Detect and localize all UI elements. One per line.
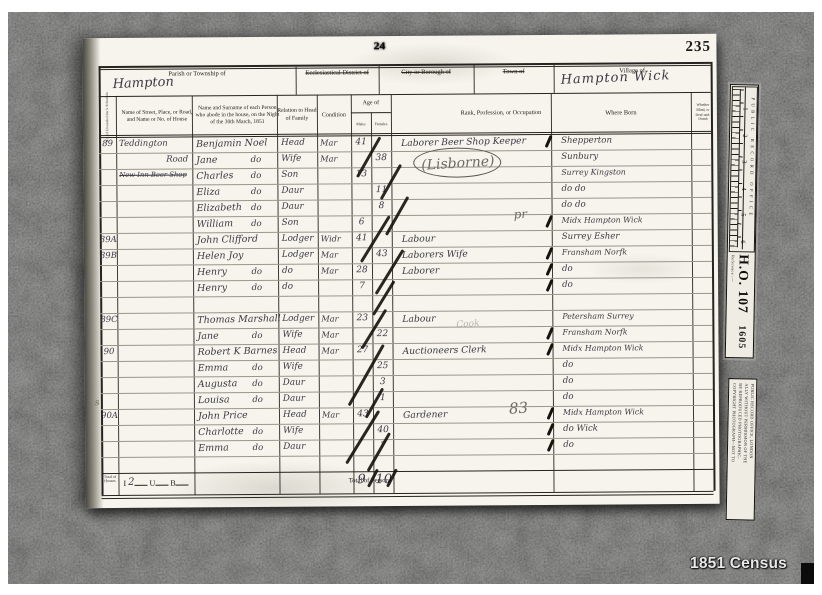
cell-schedule (101, 377, 118, 393)
cell-name: Williamdo (193, 216, 278, 233)
prn-ruler: 123456 PUBLIC RECORD OFFICE Reference :—… (725, 84, 759, 359)
ditto-mark: do (251, 219, 262, 229)
cell-condition: Mar (319, 343, 353, 359)
cell-name: Janedo (192, 152, 277, 169)
cell-blind (693, 357, 713, 373)
cell-street (118, 344, 194, 361)
cell-schedule (101, 425, 118, 441)
cell-occupation: Labour (392, 230, 552, 247)
cell-born: do (552, 277, 692, 294)
ruler-inch-number: 3 (740, 160, 747, 163)
cell-age-male: 7 (352, 279, 372, 295)
cell-condition: Mar (318, 263, 352, 279)
cell-age-female: 40 (373, 423, 393, 439)
cell-condition (318, 215, 352, 231)
cell-street (117, 248, 193, 265)
piece-number: 1605 (736, 325, 747, 349)
ditto-mark: do (253, 427, 264, 437)
cell-blind (692, 229, 712, 245)
cell-condition (317, 199, 351, 215)
cell-blind (692, 277, 712, 293)
cell-blind (693, 389, 713, 405)
cell-name: Elizabethdo (193, 200, 278, 217)
cell-street (118, 376, 194, 393)
col-header-age: Age of (351, 94, 391, 112)
person-name: Augusta (194, 377, 279, 390)
field-city: City or Borough of (379, 65, 474, 94)
cell-name (194, 456, 279, 473)
cell-condition: Mar (317, 151, 351, 167)
header-cell-rule (554, 65, 555, 93)
cell-born: Surrey Esher (552, 229, 692, 246)
cell-age-male (351, 199, 371, 215)
col-header-born: Where Born (551, 92, 691, 134)
person-name: Henry (193, 281, 278, 294)
ruler-inch-number: 1 (741, 107, 748, 110)
cell-born (552, 293, 692, 310)
person-name: Elizabeth (192, 201, 277, 214)
cell-relation: Son (278, 216, 318, 232)
cell-relation: Daur (277, 184, 317, 200)
parish-value: Hampton (112, 75, 174, 93)
cell-condition (319, 439, 353, 455)
cell-blind (692, 341, 712, 357)
cell-condition: Mar (317, 135, 351, 151)
cell-schedule (101, 361, 118, 377)
cell-schedule: 90A (101, 409, 118, 425)
cell-street (118, 424, 194, 441)
cell-age-female: 38 (371, 151, 391, 167)
cell-born: do (553, 357, 693, 374)
cell-name: Robert K Barnes (194, 344, 279, 361)
cell-schedule: 90 (101, 345, 118, 361)
col-header-schedule: No. of Householder's Schedule (99, 96, 116, 137)
cell-street (117, 200, 193, 217)
cell-condition (318, 279, 352, 295)
ditto-mark: do (253, 443, 264, 453)
cell-blind (693, 373, 713, 389)
ruler-inch-number: 4 (740, 187, 747, 190)
cell-condition: Mar (318, 247, 352, 263)
cell-born: Shepperton (551, 133, 691, 150)
cell-born (553, 453, 693, 470)
cell-age-male (351, 183, 371, 199)
cell-relation: Head (279, 344, 319, 360)
census-sheet: 24 235 Parish or Township of Ecclesiasti… (82, 34, 719, 508)
houses-inhabited-value: 2 (128, 477, 134, 488)
cell-relation: Wife (279, 424, 319, 440)
cell-condition (318, 295, 352, 311)
cell-schedule (99, 169, 116, 185)
cell-relation: do (278, 280, 318, 296)
pencil-annotation: Cook (456, 319, 480, 330)
cell-born: Petersham Surrey (552, 309, 692, 326)
cell-name: Emmado (194, 360, 279, 377)
corner-black-patch (801, 563, 814, 584)
ditto-mark: do (251, 187, 262, 197)
ditto-mark: do (252, 363, 263, 373)
person-name: Henry (193, 265, 278, 278)
cell-name: Helen Joy (193, 248, 278, 265)
person-name: Emma (194, 361, 279, 374)
cell-born: Fransham Norfk (552, 325, 692, 342)
cell-condition (319, 423, 353, 439)
ruler-inch-number: 2 (741, 134, 748, 137)
copyright-line: PUBLIC RECORD OFFICE, LONDON (749, 383, 755, 458)
form-outer-rule (99, 66, 101, 96)
cell-blind (693, 421, 713, 437)
cell-occupation: Laborer (392, 262, 552, 279)
census-watermark: 1851 Census (690, 555, 787, 573)
cell-street (117, 232, 193, 249)
header-cell-rule (379, 66, 380, 94)
cell-schedule (100, 297, 117, 313)
cell-street (117, 216, 193, 233)
cell-occupation (391, 198, 551, 215)
cell-born: do (553, 389, 693, 406)
cell-occupation (393, 438, 553, 455)
cell-age-male: 23 (352, 311, 372, 327)
cell-born: do Wick (553, 421, 693, 438)
cell-age-female: 43 (372, 247, 392, 263)
person-name: Charlotte (194, 425, 279, 438)
cell-street: Road (116, 152, 192, 169)
cell-condition: Mar (318, 311, 352, 327)
cell-name: Augustado (194, 376, 279, 393)
field-ecclesiastical: Ecclesiastical District of (296, 66, 379, 95)
col-header-males: Males (351, 112, 371, 135)
cell-born: do do (551, 181, 691, 198)
cell-street (117, 328, 193, 345)
cell-occupation (393, 422, 553, 439)
header-cell-rule (474, 65, 475, 93)
cell-schedule (100, 265, 117, 281)
person-name: Helen Joy (193, 249, 278, 262)
cell-occupation (393, 374, 553, 391)
cell-schedule: 89C (100, 313, 117, 329)
cell-occupation (392, 278, 552, 295)
cell-relation: Wife (279, 360, 319, 376)
col-header-name: Name and Surname of each Person who abod… (192, 95, 283, 137)
cell-street (118, 456, 194, 473)
houses-rule-3 (176, 477, 189, 485)
cell-born: do do (551, 197, 691, 214)
person-name: Benjamin Noel (192, 137, 277, 150)
cell-schedule (101, 457, 118, 473)
microfilm-frame: 24 235 Parish or Township of Ecclesiasti… (8, 12, 814, 584)
person-name: William (193, 217, 278, 230)
total-houses-entry: I 2 U B (123, 477, 188, 488)
cell-relation: Wife (277, 152, 317, 168)
folio-number: 235 (685, 39, 711, 56)
cell-street (117, 264, 193, 281)
cell-relation: Head (279, 408, 319, 424)
pencil-annotation: pr (513, 207, 527, 222)
cell-schedule: 89B (100, 249, 117, 265)
cell-age-female: 8 (371, 199, 391, 215)
ditto-mark: do (252, 283, 263, 293)
cell-blind (692, 245, 712, 261)
cell-name: John Price (194, 408, 279, 425)
cell-age-male: 41 (351, 135, 371, 151)
pencil-annotation: s (95, 398, 100, 408)
cell-street (117, 296, 193, 313)
pencil-annotation: 83 (508, 399, 528, 418)
ditto-mark: do (252, 395, 263, 405)
cell-schedule (101, 393, 118, 409)
cell-condition (317, 167, 351, 183)
cell-blind (691, 181, 711, 197)
cell-blind (693, 453, 713, 469)
cell-blind (692, 325, 712, 341)
cell-schedule (100, 329, 117, 345)
cell-occupation (393, 358, 553, 375)
cell-name: Emmado (194, 440, 279, 457)
cell-condition: Mar (319, 407, 353, 423)
cell-name: Charlesdo (192, 168, 277, 185)
cell-born: Midx Hampton Wick (552, 213, 692, 230)
total-persons-males: 9 (357, 472, 365, 487)
person-name: Eliza (192, 185, 277, 198)
cell-relation: Lodger (278, 312, 318, 328)
field-town: Town of (474, 65, 554, 94)
person-name: Charles (192, 169, 277, 182)
cell-blind (692, 261, 712, 277)
cell-relation: do (278, 264, 318, 280)
cell-born: Fransham Norfk (552, 245, 692, 262)
cell-age-male: 28 (352, 263, 372, 279)
cell-street (117, 312, 193, 329)
cell-born: Midx Hampton Wick (552, 341, 692, 358)
cell-blind (693, 405, 713, 421)
cell-schedule (99, 153, 116, 169)
cell-relation: Wife (278, 328, 318, 344)
cell-street (118, 360, 194, 377)
folio-stamp: 24 (374, 41, 386, 52)
cell-relation: Daur (279, 376, 319, 392)
header-cell-rule (296, 67, 297, 95)
cell-name: Janedo (193, 328, 278, 345)
cell-name: Elizado (192, 184, 277, 201)
cell-schedule (100, 201, 117, 217)
cell-relation: Son (277, 168, 317, 184)
cell-blind (692, 309, 712, 325)
cell-name: Charlottedo (194, 424, 279, 441)
cell-street (118, 440, 194, 457)
cell-street (117, 280, 193, 297)
cell-relation: Daur (279, 392, 319, 408)
cell-blind (692, 293, 712, 309)
cell-blind (693, 437, 713, 453)
cell-occupation (392, 294, 552, 311)
houses-inhabited-label: I (123, 479, 126, 488)
cell-schedule (101, 441, 118, 457)
person-name: Thomas Marshall (193, 313, 278, 326)
cell-schedule (99, 185, 116, 201)
ruler-inch-number: 5 (739, 213, 746, 216)
form-outer-rule (711, 62, 713, 92)
cell-name: Louisado (194, 392, 279, 409)
cell-occupation (391, 182, 551, 199)
cell-schedule: 89 (99, 137, 116, 153)
ditto-mark: do (251, 155, 262, 165)
ruler-inch-number: 6 (739, 240, 746, 243)
houses-rule-1 (134, 478, 147, 486)
person-name: Robert K Barnes (193, 345, 278, 358)
cell-born: do (552, 261, 692, 278)
col-header-females: Females (371, 112, 391, 135)
person-name: John Price (194, 409, 279, 422)
cell-name: Henrydo (193, 264, 278, 281)
ditto-mark: do (251, 203, 262, 213)
ditto-mark: do (252, 331, 263, 341)
cell-name (193, 296, 278, 313)
cell-relation: Head (277, 136, 317, 152)
cell-blind (691, 197, 711, 213)
copyright-box: COPYRIGHT PHOTOGRAPH—NOT TOBE REPRODUCED… (726, 378, 758, 521)
cell-occupation (393, 454, 553, 471)
cell-occupation: Auctioneers Clerk (393, 342, 553, 359)
cell-street (118, 392, 194, 409)
reference-code: H.O. 107 (735, 254, 752, 314)
ditto-mark: do (251, 171, 262, 181)
cell-relation: Lodger (278, 248, 318, 264)
person-name: Louisa (194, 393, 279, 406)
cell-born: Midx Hampton Wick (553, 405, 693, 422)
cell-born: do (553, 373, 693, 390)
cell-relation (279, 456, 319, 472)
cell-street: Teddington (116, 136, 192, 153)
cell-name: John Clifford (193, 232, 278, 249)
cell-blind (692, 213, 712, 229)
cell-condition (317, 183, 351, 199)
cell-street (116, 184, 192, 201)
cell-condition: Widr (318, 231, 352, 247)
cell-relation: Daur (278, 200, 318, 216)
cell-age-male (352, 295, 372, 311)
col-header-condition: Condition (317, 94, 351, 135)
total-houses-label: Total of Houses (102, 475, 117, 484)
cell-blind (691, 149, 711, 165)
cell-occupation: Gardener (393, 406, 553, 423)
cell-name: Henrydo (193, 280, 278, 297)
cell-relation: Lodger (278, 232, 318, 248)
cell-name: Benjamin Noel (192, 136, 277, 153)
cell-born: Surrey Kingston (551, 165, 691, 182)
cell-schedule: 89A (100, 233, 117, 249)
cell-born: Sunbury (551, 149, 691, 166)
cell-blind (691, 133, 711, 149)
cell-blind (691, 165, 711, 181)
cell-occupation: Laborers Wife (392, 246, 552, 263)
cell-schedule (100, 217, 117, 233)
person-name: Jane (192, 153, 277, 166)
census-scan: 24 235 Parish or Township of Ecclesiasti… (0, 0, 822, 595)
col-header-relation: Relation to Head of Family (277, 95, 317, 136)
cell-street (118, 408, 194, 425)
cell-relation: Daur (279, 440, 319, 456)
cell-condition (319, 359, 353, 375)
cell-name: Thomas Marshall (193, 312, 278, 329)
cell-occupation (392, 214, 552, 231)
ditto-mark: do (252, 379, 263, 389)
person-name: Emma (194, 441, 279, 454)
houses-rule-2 (155, 478, 168, 486)
cell-street: New Inn Beer Shop (116, 168, 192, 185)
col-header-street: Name of Street, Place, or Road, and Name… (116, 95, 198, 137)
cell-occupation (393, 390, 553, 407)
person-name: John Clifford (193, 233, 278, 246)
cell-condition: Mar (318, 327, 352, 343)
cell-schedule (100, 281, 117, 297)
cell-age-male: 6 (352, 215, 372, 231)
cell-condition (319, 375, 353, 391)
cell-born: do (553, 437, 693, 454)
cell-relation (278, 296, 318, 312)
person-name: Jane (193, 329, 278, 342)
ditto-mark: do (251, 267, 262, 277)
